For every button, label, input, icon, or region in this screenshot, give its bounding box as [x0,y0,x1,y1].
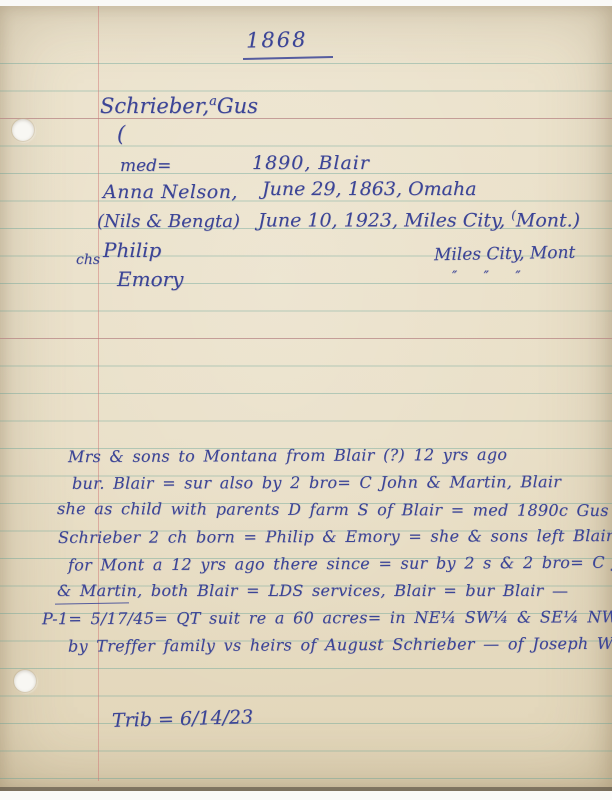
child-name-philip: Philip [103,239,161,262]
residence: Miles City, Mont [434,244,576,266]
note-line-3: she as child with parents D farm S of Bl… [57,500,609,520]
spouse-death: June 10, 1923, Miles City, (Mont.) [258,209,580,232]
note-line-5: for Mont a 12 yrs ago there since = sur … [68,553,612,574]
name-superscript: a [209,94,217,109]
spouse-name: Anna Nelson, [103,182,238,204]
note-line-6: & Martin, both Blair = LDS services, Bla… [57,582,568,600]
source-reference: Trib = 6/14/23 [112,707,254,733]
spouse-birth: June 29, 1863, Omaha [262,179,477,201]
spouse-death-city: June 10, 1923, Miles City, [258,209,505,231]
note-line-8: by Treffer family vs heirs of August Sch… [68,634,612,656]
punch-hole-bottom [14,670,36,692]
note-line-4: Schrieber 2 ch born = Philip & Emory = s… [58,527,612,547]
red-rule-line [0,338,612,339]
note-line-1: Mrs & sons to Montana from Blair (?) 12 … [68,446,507,467]
residence-ditto-marks: ″ ″ ″ [452,269,521,285]
red-rule-line [0,118,612,119]
marriage-label: med= [120,157,171,177]
marriage-value: 1890, Blair [252,153,370,175]
children-label: chs [76,252,100,268]
subject-given-name: Gus [217,94,258,118]
subject-name: Schrieber,aGus [100,94,258,118]
scan-edge-top [0,0,612,6]
scanned-page: 1868 Schrieber,aGus ( med= 1890, Blair A… [0,0,612,800]
margin-line [98,6,99,781]
spouse-death-state: Mont.) [516,209,580,231]
year-underline [243,56,333,59]
subject-surname: Schrieber, [100,94,209,118]
punch-hole-top [12,119,34,141]
note-line-7: P-1= 5/17/45= QT suit re a 60 acres= in … [42,608,612,629]
scan-edge-bottom [0,791,612,800]
spouse-parents: (Nils & Bengta) [97,212,240,233]
open-paren-mark: ( [117,122,125,146]
paper-sheet: 1868 Schrieber,aGus ( med= 1890, Blair A… [0,6,612,791]
note-line-2: bur. Blair = sur also by 2 bro= C John &… [72,473,561,493]
year-heading: 1868 [246,27,308,52]
child-name-emory: Emory [117,268,183,291]
